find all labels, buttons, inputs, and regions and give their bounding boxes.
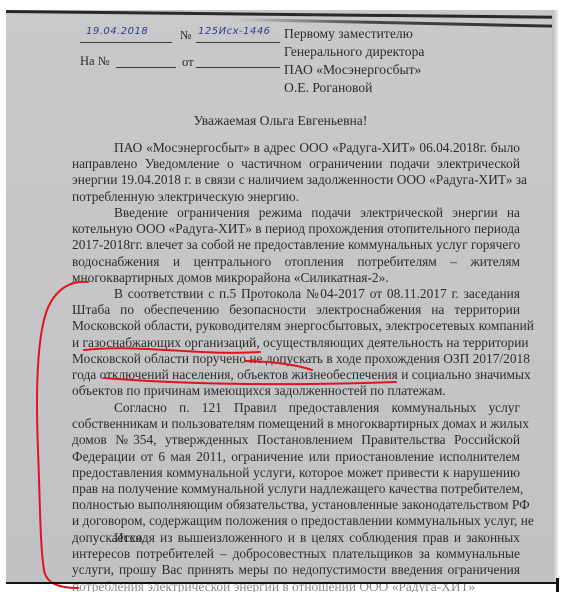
- salutation: Уважаемая Ольга Евгеньевна!: [0, 113, 561, 129]
- paragraph-line: направлено Уведомление о частичном огран…: [72, 156, 520, 172]
- addressee-line: ПАО «Мосэнергосбыт»: [284, 61, 424, 79]
- addressee-line: Генерального директора: [284, 43, 424, 61]
- paragraph-line: и газоснабжающих организаций, осуществля…: [72, 335, 520, 351]
- paragraph-line: ПАО «Мосэнергосбыт» в адрес ООО «Радуга-…: [72, 140, 520, 156]
- paragraph-line: Московской области поручено не допускать…: [72, 351, 520, 367]
- page-bottom-edge: [6, 582, 558, 584]
- paragraph-line: Московской области, руководителям энерго…: [72, 318, 520, 334]
- paragraph-line: Штаба по обеспечению безопасности электр…: [72, 302, 520, 318]
- paragraph-line: 2017-2018гг. влечет за собой не предоста…: [72, 237, 520, 253]
- from-label: от: [182, 54, 194, 70]
- paragraph-line: предоставления коммунальной услуги, кото…: [72, 465, 520, 481]
- page-right-edge: [552, 10, 558, 582]
- paragraph-consequences: Введение ограничения режима подачи элект…: [72, 205, 520, 286]
- paragraph-line: водоснабжения и центрального отопления п…: [72, 254, 520, 270]
- paragraph-protocol: В соответствии с п.5 Протокола №04-2017 …: [72, 286, 520, 399]
- date-handwritten: 19.04.2018: [86, 26, 148, 37]
- paragraph-line: котельную ООО «Радуга-ХИТ» в период прох…: [72, 221, 520, 237]
- paragraph-line: Федерации от 6 мая 2011, ограничение или…: [72, 449, 520, 465]
- addressee-block: Первому заместителю Генерального директо…: [284, 25, 424, 97]
- paragraph-line: энергии 19.04.2018 г. в связи с наличием…: [72, 172, 520, 188]
- addressee-line: О.Е. Рогановой: [284, 79, 424, 97]
- paragraph-line: собственникам и пользователям помещений …: [72, 416, 520, 432]
- from-date-underline: [196, 67, 280, 68]
- paragraph-line: Согласно п. 121 Правил предоставления ко…: [72, 400, 520, 416]
- reply-number-underline: [116, 67, 176, 68]
- number-handwritten: 125Исх-1446: [198, 26, 271, 37]
- paragraph-line: многоквартирных домов микрорайона «Силик…: [72, 270, 520, 286]
- paragraph-line: полностью выполняющим обязательства, уст…: [72, 497, 520, 513]
- paragraph-line: В соответствии с п.5 Протокола №04-2017 …: [72, 286, 520, 302]
- paragraph-rules-121: Согласно п. 121 Правил предоставления ко…: [72, 400, 520, 546]
- paragraph-line: объектов по причинам имеющихся задолженн…: [72, 383, 520, 399]
- number-underline: [196, 42, 280, 43]
- number-sign: №: [180, 27, 191, 43]
- paragraph-line: интересов потребителей – добросовестных …: [72, 546, 520, 562]
- paragraph-line: прав на получение коммунальной услуги на…: [72, 481, 520, 497]
- reply-label: На №: [80, 53, 110, 69]
- paragraph-line: года отключений населения, объектов жизн…: [72, 367, 520, 383]
- page-top-edge: [6, 10, 558, 19]
- date-underline: [80, 42, 172, 43]
- paragraph-line: Исходя из вышеизложенного и в целях собл…: [72, 530, 520, 546]
- paragraph-notice: ПАО «Мосэнергосбыт» в адрес ООО «Радуга-…: [72, 140, 520, 205]
- paragraph-line: Введение ограничения режима подачи элект…: [72, 205, 520, 221]
- paragraph-line: потребленную электрическую энергию.: [72, 189, 520, 205]
- text-cursor-mark: [556, 578, 559, 592]
- paragraph-line: домов №354, утвержденных Постановлением …: [72, 432, 520, 448]
- addressee-line: Первому заместителю: [284, 25, 424, 43]
- paragraph-line: услуги, прошу Вас принять меры по недопу…: [72, 562, 520, 578]
- paragraph-line: и договором, содержащим положения о пред…: [72, 513, 520, 529]
- paragraph-line: потребления электрической энергии в отно…: [72, 579, 520, 592]
